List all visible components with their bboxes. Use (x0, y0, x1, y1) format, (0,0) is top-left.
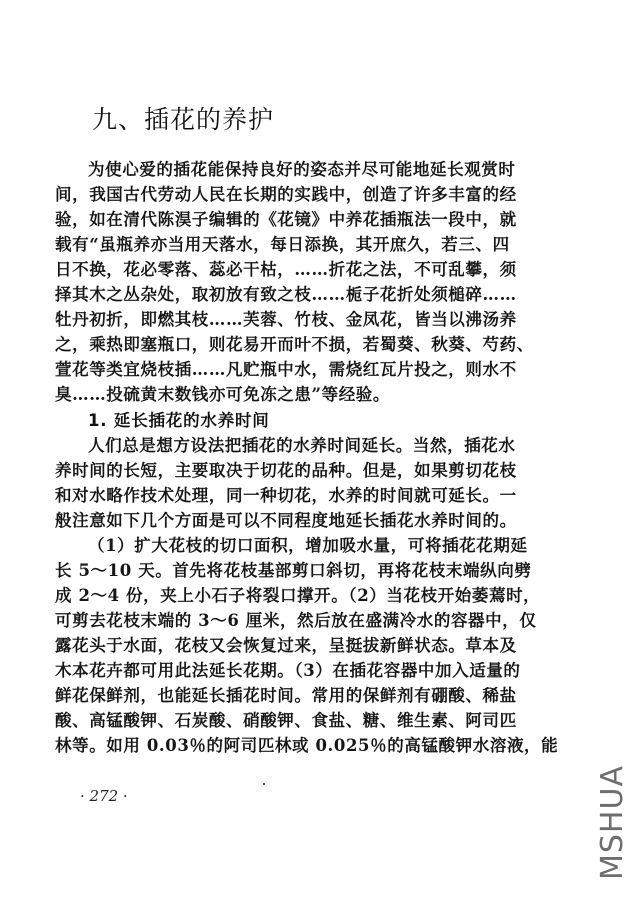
text-line: 长 5～10 天。首先将花枝基部剪口斜切，再将花枝末端纵向劈 (55, 558, 615, 583)
text-line: 之，乘热即塞瓶口，则花易开而叶不损，若蜀葵、秋葵、芍药、 (55, 332, 615, 357)
subheading: 1. 延长插花的水养时间 (88, 408, 270, 433)
text-line: 林等。如用 0.03％的阿司匹林或 0.025％的高锰酸钾水溶液，能 (55, 733, 615, 758)
scan-speck (263, 783, 265, 785)
text-line: 牡丹初折，即燃其枝……芙蓉、竹枝、金凤花，皆当以沸汤养 (55, 307, 615, 332)
text-line: 般注意如下几个方面是可以不同程度地延长插花水养时间的。 (55, 508, 615, 533)
text-line: 鲜花保鲜剂，也能延长插花时间。常用的保鲜剂有硼酸、稀盐 (55, 683, 615, 708)
section-title: 九、插花的养护 (92, 100, 274, 136)
text-line: 可剪去花枝末端的 3～6 厘米，然后放在盛满冷水的容器中，仅 (55, 608, 615, 633)
text-line: 露花头于水面，花枝又会恢复过来，呈挺拔新鲜状态。草本及 (55, 633, 615, 658)
text-line: 载有“虽瓶养亦当用天落水，每日添换，其开庶久，若三、四 (55, 232, 615, 257)
text-line: 酸、高锰酸钾、石炭酸、硝酸钾、食盐、糖、维生素、阿司匹 (55, 708, 615, 733)
text-line: 萱花等类宜烧枝插……凡贮瓶中水，需烧红瓦片投之，则水不 (55, 357, 615, 382)
text-line: 成 2～4 份，夹上小石子将裂口撑开。（2）当花枝开始萎蔫时， (55, 583, 615, 608)
text-line: 养时间的长短，主要取决于切花的品种。但是，如果剪切花枝 (55, 458, 615, 483)
text-line: 和对水略作技术处理，同一种切花，水养的时间就可延长。一 (55, 483, 615, 508)
text-line: 日不换，花必零落、蕊必干枯，……折花之法，不可乱攀，须 (55, 257, 615, 282)
text-line: 验，如在清代陈淏子编辑的《花镜》中养花插瓶法一段中，就 (55, 207, 615, 232)
text-line: （1）扩大花枝的切口面积，增加吸水量，可将插花花期延 (88, 533, 615, 558)
text-line: 人们总是想方设法把插花的水养时间延长。当然，插花水 (88, 433, 615, 458)
text-line: 臭……投硫黄末数钱亦可免冻之患”等经验。 (55, 382, 615, 407)
watermark: MSHUA (595, 765, 630, 880)
text-line: 木本花卉都可用此法延长花期。（3）在插花容器中加入适量的 (55, 658, 615, 683)
book-page: 九、插花的养护 为使心爱的插花能保持良好的姿态并尽可能地延长观赏时 间，我国古代… (0, 0, 637, 901)
text-line: 为使心爱的插花能保持良好的姿态并尽可能地延长观赏时 (88, 157, 615, 182)
text-line: 间，我国古代劳动人民在长期的实践中，创造了许多丰富的经 (55, 182, 615, 207)
page-number: · 272 · (80, 787, 128, 805)
text-line: 择其木之丛杂处，取初放有致之枝……栀子花折处须槌碎…… (55, 282, 615, 307)
